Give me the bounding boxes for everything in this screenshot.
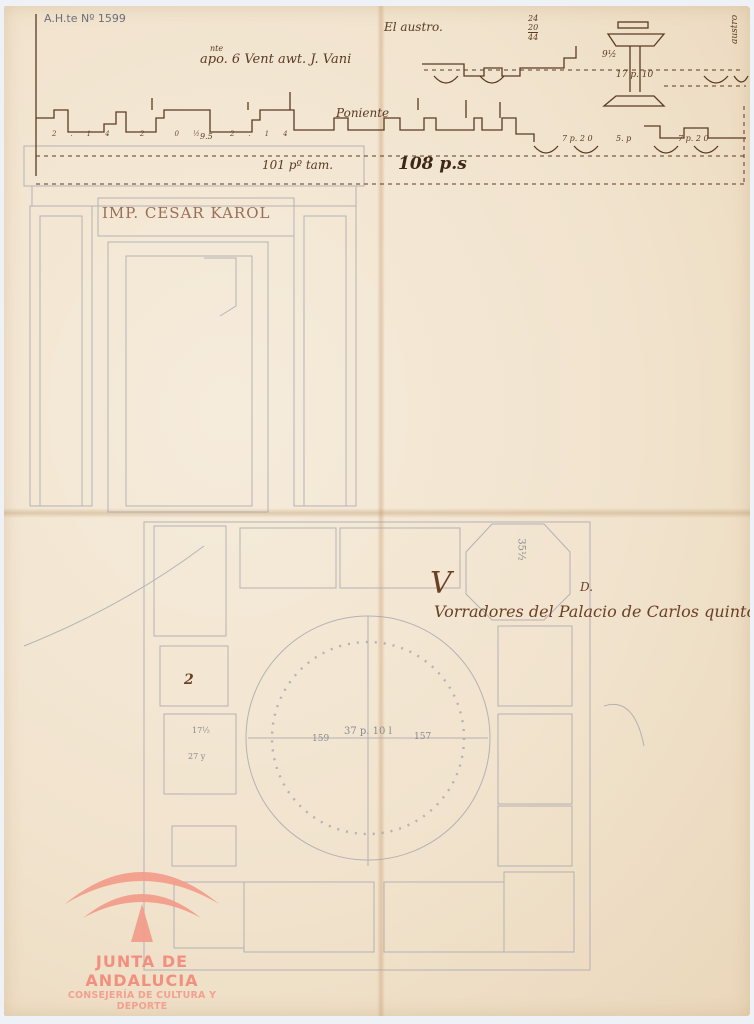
room-mark: 2: [184, 672, 194, 688]
junta-andalucia-watermark: JUNTA DE ANDALUCIA CONSEJERÍA DE CULTURA…: [42, 852, 242, 1012]
measurement-c: 9½: [602, 50, 616, 60]
circle-dimension: 37 p. 10 l: [344, 726, 392, 737]
octagon-dimension: 35½: [516, 538, 527, 560]
header-note: apo. 6 Vent awt. J. Vani: [200, 52, 351, 67]
caption-title: Vorradores del Palacio de Carlos quinto: [434, 602, 750, 621]
fraction-top: 24 20 44: [528, 14, 538, 42]
room-dim-2: 27 y: [188, 752, 205, 761]
measurement-e: 5. p: [616, 134, 631, 143]
measurement-f: 7 p. 2 0: [678, 134, 709, 143]
caption-initial: D.: [580, 580, 593, 594]
measurement-a: 9.5: [200, 132, 213, 141]
archive-number: A.H.te Nº 1599: [44, 12, 126, 25]
measurement-d: 7 p. 2 0: [562, 134, 593, 143]
circle-left-dim: 159: [312, 734, 329, 744]
label-austro-right: austro: [730, 15, 740, 44]
room-dim-1: 17½: [192, 726, 210, 735]
label-austro-top: El austro.: [384, 20, 443, 34]
circle-right-dim: 157: [414, 732, 431, 742]
watermark-subtitle: CONSEJERÍA DE CULTURA Y DEPORTE: [42, 990, 242, 1012]
caption-flourish: V: [430, 566, 452, 601]
portal-inscription: IMP. CESAR KAROL: [102, 204, 270, 222]
manuscript-sheet: A.H.te Nº 1599 nte apo. 6 Vent awt. J. V…: [4, 6, 750, 1016]
andalucia-arch-icon: [57, 852, 227, 942]
dimension-width-2: 108 p.s: [398, 154, 467, 174]
label-poniente: Poniente: [336, 106, 389, 120]
measurement-b: 17 p. 10: [616, 70, 653, 80]
watermark-title: JUNTA DE ANDALUCIA: [42, 952, 242, 990]
measurement-row: 2.14 2 0½ 2.14: [52, 130, 302, 138]
dimension-width-1: 101 pº tam.: [262, 158, 333, 172]
